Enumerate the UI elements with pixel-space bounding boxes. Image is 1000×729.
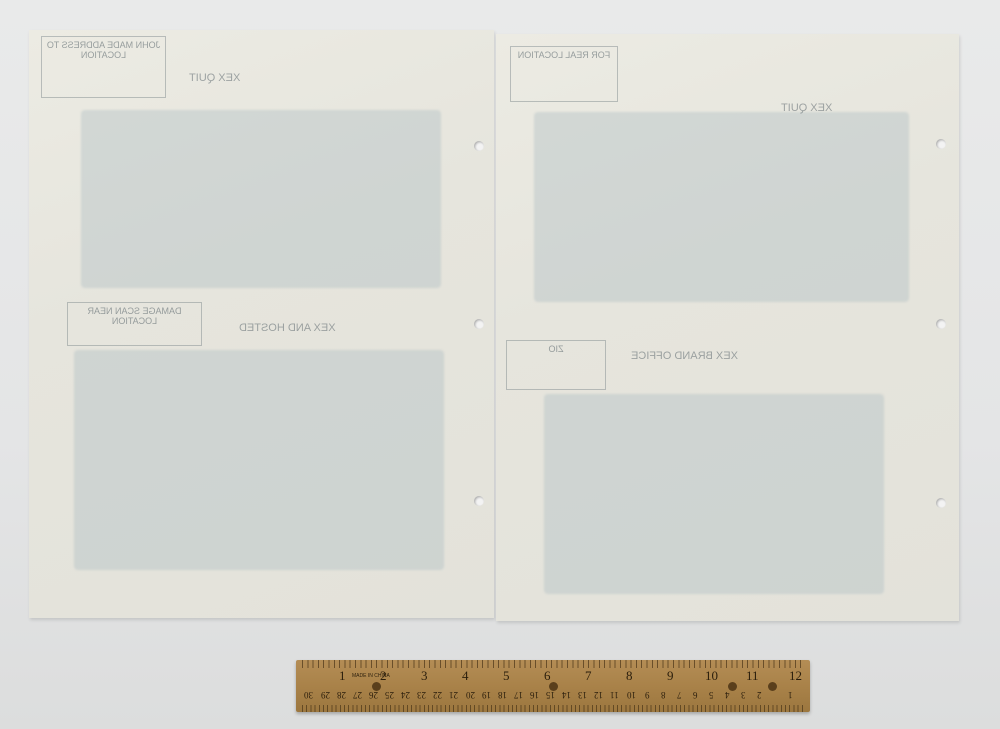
cm-label: 6 (693, 690, 698, 700)
inch-label: 2 (380, 668, 387, 684)
cm-label: 28 (337, 690, 346, 700)
cm-label: 4 (725, 690, 730, 700)
cm-label: 2 (757, 690, 762, 700)
cm-label: 1 (788, 690, 793, 700)
cm-label: 18 (498, 690, 507, 700)
cm-label: 7 (677, 690, 682, 700)
cm-label: 30 (304, 690, 313, 700)
cm-label: 26 (369, 690, 378, 700)
cm-label: 29 (321, 690, 330, 700)
inch-label: 3 (421, 668, 428, 684)
bottom-note-box: DAMAGE SCAN NEAR LOCATION (67, 302, 202, 346)
inch-label: 10 (705, 668, 718, 684)
bottom-note-box: ZIO (506, 340, 606, 390)
right-paper-sheet: FOR REAL LOCATION XEX QUIT ZIO XEX BRAND… (496, 34, 959, 621)
inch-label: 9 (667, 668, 674, 684)
cm-label: 14 (562, 690, 571, 700)
bleed-drawing-top (534, 112, 909, 302)
inch-label: 12 (789, 668, 802, 684)
punch-hole (936, 319, 946, 329)
bleed-drawing-bottom (544, 394, 884, 594)
bottom-caption: XEX AND HOSTED (239, 322, 336, 334)
inch-label: 5 (503, 668, 510, 684)
cm-label: 16 (530, 690, 539, 700)
top-caption: XEX QUIT (189, 72, 240, 84)
punch-hole (936, 498, 946, 508)
inch-label: 6 (544, 668, 551, 684)
top-note-box: FOR REAL LOCATION (510, 46, 618, 102)
cm-ticks (302, 705, 804, 712)
wooden-ruler: MADE IN CHINA 1 2 3 4 5 6 7 8 9 10 11 12… (296, 660, 810, 712)
cm-label: 5 (709, 690, 714, 700)
left-paper-sheet: JOHN MADE ADDRESS TO LOCATION XEX QUIT D… (29, 30, 494, 618)
cm-label: 9 (645, 690, 650, 700)
inch-label: 11 (746, 668, 759, 684)
punch-hole (936, 139, 946, 149)
cm-label: 23 (417, 690, 426, 700)
inch-label: 7 (585, 668, 592, 684)
top-note-box: JOHN MADE ADDRESS TO LOCATION (41, 36, 166, 98)
inch-label: 4 (462, 668, 469, 684)
inch-ticks (302, 660, 804, 668)
cm-label: 17 (514, 690, 523, 700)
cm-label: 19 (482, 690, 491, 700)
cm-label: 22 (433, 690, 442, 700)
inch-label: 1 (339, 668, 346, 684)
cm-label: 15 (546, 690, 555, 700)
cm-label: 21 (449, 690, 458, 700)
bleed-drawing-bottom (74, 350, 444, 570)
ruler-hole (768, 682, 777, 691)
cm-label: 11 (610, 690, 619, 700)
punch-hole (474, 141, 484, 151)
cm-label: 12 (594, 690, 603, 700)
cm-label: 25 (385, 690, 394, 700)
punch-hole (474, 319, 484, 329)
cm-label: 20 (466, 690, 475, 700)
cm-label: 24 (401, 690, 410, 700)
cm-label: 13 (578, 690, 587, 700)
top-caption: XEX QUIT (781, 102, 832, 114)
punch-hole (474, 496, 484, 506)
bottom-caption: XEX BRAND OFFICE (631, 350, 738, 362)
cm-label: 27 (353, 690, 362, 700)
cm-label: 3 (741, 690, 746, 700)
bleed-drawing-top (81, 110, 441, 288)
inch-label: 8 (626, 668, 633, 684)
cm-label: 8 (661, 690, 666, 700)
cm-label: 10 (627, 690, 636, 700)
